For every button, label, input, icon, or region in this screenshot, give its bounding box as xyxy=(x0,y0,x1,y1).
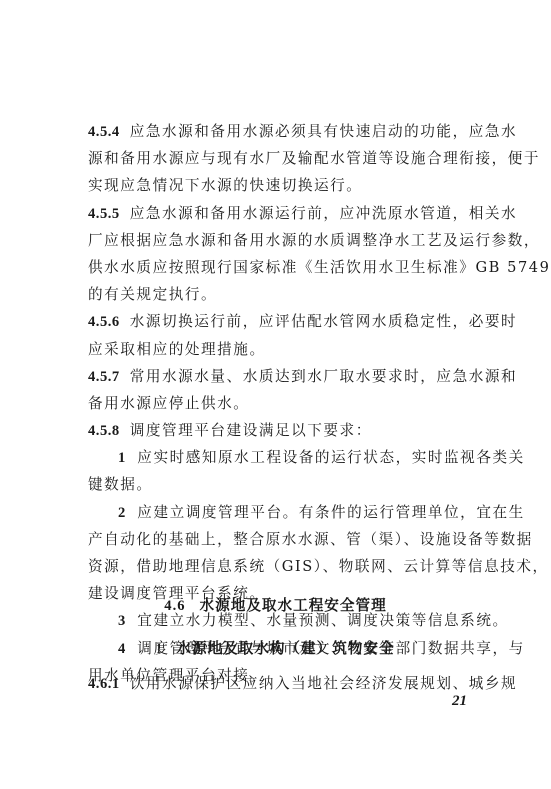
clause-4-6-1: 4.6.1饮用水源保护区应纳入当地社会经济发展规划、城乡规 xyxy=(88,670,482,697)
clause-4-5-4-line-2: 源和备用水源应与现有水厂及输配水管道等设施合理衔接，便于 xyxy=(88,145,482,172)
clause-4-5-8-line-1: 4.5.8调度管理平台建设满足以下要求： xyxy=(88,417,482,444)
clause-4-5-5-line-3: 供水水质应按照现行国家标准《生活饮用水卫生标准》GB 5749 xyxy=(88,254,482,281)
clause-4-5-6-line-1: 4.5.6水源切换运行前，应评估配水管网水质稳定性，必要时 xyxy=(88,308,482,335)
clause-number: 4.5.5 xyxy=(88,206,120,222)
page-number: 21 xyxy=(452,693,467,710)
clause-number: 4.5.6 xyxy=(88,314,120,330)
item-number: 3 xyxy=(118,613,125,629)
clause-number: 4.6.1 xyxy=(88,676,120,692)
clause-4-6-1-line-1: 4.6.1饮用水源保护区应纳入当地社会经济发展规划、城乡规 xyxy=(88,670,482,697)
section-heading: 4.6水源地及取水工程安全管理 xyxy=(0,594,551,615)
item-2-line-2: 产自动化的基础上，整合原水水源、管（渠）、设施设备等数据 xyxy=(88,526,482,553)
item-2-line-1: 2应建立调度管理平台。有条件的运行管理单位，宜在生 xyxy=(88,499,482,526)
clause-4-5-4-line-3: 实现应急情况下水源的快速切换运行。 xyxy=(88,172,482,199)
clause-4-5-5-line-4: 的有关规定执行。 xyxy=(88,281,482,308)
subsection-heading: I水源地及取水构（建）筑物安全 xyxy=(0,637,551,658)
clause-4-5-6-line-2: 应采取相应的处理措施。 xyxy=(88,336,482,363)
clause-4-5-7-line-1: 4.5.7常用水源水量、水质达到水厂取水要求时，应急水源和 xyxy=(88,363,482,390)
item-2-line-3: 资源，借助地理信息系统（GIS）、物联网、云计算等信息技术， xyxy=(88,553,482,580)
clause-4-5-4-line-1: 4.5.4应急水源和备用水源必须具有快速启动的功能，应急水 xyxy=(88,118,482,145)
clause-4-5-7-line-2: 备用水源应停止供水。 xyxy=(88,390,482,417)
clause-number: 4.5.8 xyxy=(88,423,120,439)
clause-number: 4.5.7 xyxy=(88,369,120,385)
item-1-line-1: 1应实时感知原水工程设备的运行状态，实时监视各类关 xyxy=(88,444,482,471)
clause-4-5-5-line-1: 4.5.5应急水源和备用水源运行前，应冲洗原水管道，相关水 xyxy=(88,200,482,227)
clause-number: 4.5.4 xyxy=(88,124,120,140)
clause-4-5-5-line-2: 厂应根据应急水源和备用水源的水质调整净水工艺及运行参数， xyxy=(88,227,482,254)
item-1-line-2: 键数据。 xyxy=(88,471,482,498)
item-number: 1 xyxy=(118,450,125,466)
item-number: 2 xyxy=(118,505,125,521)
